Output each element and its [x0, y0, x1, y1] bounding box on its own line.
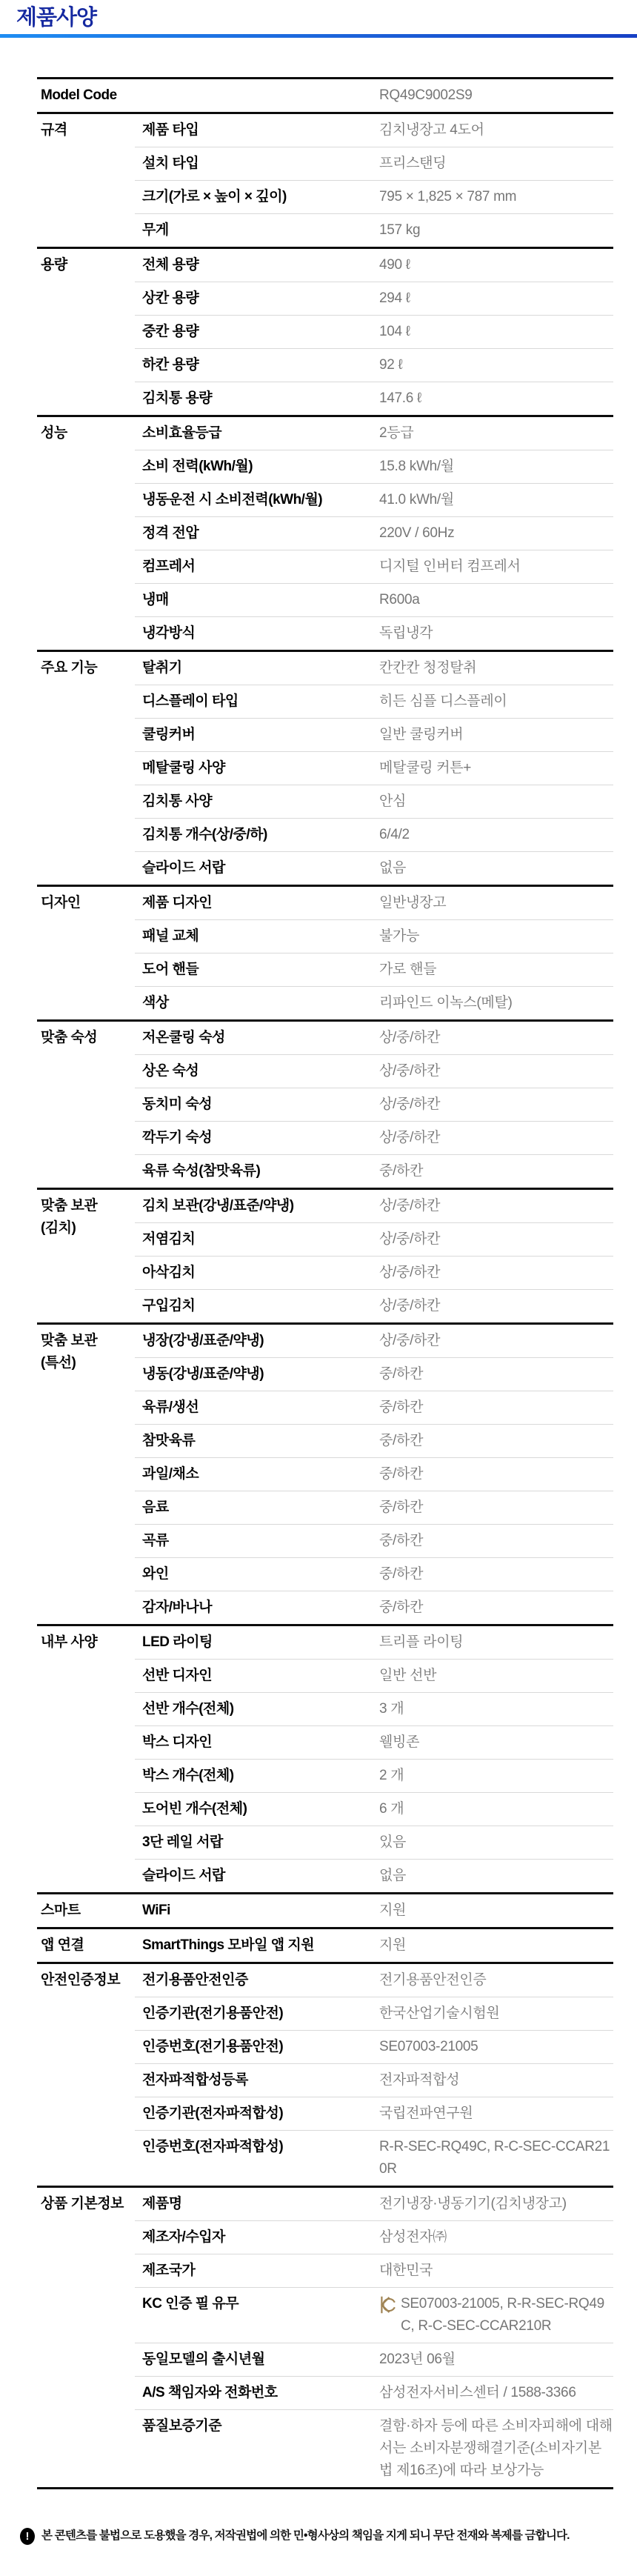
spec-value: SE07003-21005 [379, 2036, 613, 2058]
spec-value: 3 개 [379, 1698, 613, 1720]
spec-value: 국립전파연구원 [379, 2103, 613, 2125]
spec-row: 구입김치상/중/하칸 [135, 1289, 613, 1322]
spec-section: 규격제품 타입김치냉장고 4도어설치 타입프리스탠딩크기(가로 × 높이 × 깊… [37, 112, 613, 247]
section-rows: 냉장(강냉/표준/약냉)상/중/하칸냉동(강냉/표준/약냉)중/하칸육류/생선중… [135, 1325, 613, 1624]
spec-value: 147.6 ℓ [379, 387, 613, 410]
copyright-footnote-text: 본 콘텐츠를 불법으로 도용했을 경우, 저작권법에 의한 민•형사상의 책임을… [41, 2529, 570, 2543]
spec-value: 김치냉장고 4도어 [379, 119, 613, 142]
spec-row: 깍두기 숙성상/중/하칸 [135, 1121, 613, 1154]
spec-attribute-label: 도어 핸들 [135, 959, 379, 981]
spec-value: 지원 [379, 1934, 613, 1957]
spec-attribute-label: 전기용품안전인증 [135, 1969, 379, 1991]
spec-row: 냉장(강냉/표준/약냉)상/중/하칸 [135, 1325, 613, 1357]
spec-attribute-label: 제품 디자인 [135, 892, 379, 914]
spec-attribute-label: 곡류 [135, 1530, 379, 1552]
spec-value: 프리스탠딩 [379, 153, 613, 175]
spec-attribute-label: 중칸 용량 [135, 321, 379, 343]
spec-section: 맞춤 보관 (김치)김치 보관(강냉/표준/약냉)상/중/하칸저염김치상/중/하… [37, 1188, 613, 1322]
spec-value: 지원 [379, 1900, 613, 1922]
spec-section: 디자인제품 디자인일반냉장고패널 교체불가능도어 핸들가로 핸들색상리파인드 이… [37, 885, 613, 1019]
spec-value: 41.0 kWh/월 [379, 489, 613, 511]
spec-row: 탈취기칸칸칸 청정탈취 [135, 652, 613, 685]
spec-value: 없음 [379, 1865, 613, 1887]
spec-value: 795 × 1,825 × 787 mm [379, 186, 613, 208]
spec-row: 3단 레일 서랍있음 [135, 1826, 613, 1859]
spec-row: 상칸 용량294 ℓ [135, 282, 613, 315]
spec-attribute-label: 크기(가로 × 높이 × 깊이) [135, 186, 379, 208]
spec-value: 중/하칸 [379, 1397, 613, 1419]
spec-row: LED 라이팅트리플 라이팅 [135, 1626, 613, 1659]
spec-row: 슬라이드 서랍없음 [135, 851, 613, 885]
spec-row: 메탈쿨링 사양메탈쿨링 커튼+ [135, 751, 613, 785]
spec-attribute-label: 설치 타입 [135, 153, 379, 175]
spec-attribute-label: 구입김치 [135, 1295, 379, 1317]
kc-certification-icon [379, 2295, 396, 2322]
spec-row: 크기(가로 × 높이 × 깊이)795 × 1,825 × 787 mm [135, 180, 613, 213]
spec-section: 스마트WiFi지원 [37, 1892, 613, 1927]
spec-row: 패널 교체불가능 [135, 919, 613, 953]
spec-row: 김치통 용량147.6 ℓ [135, 382, 613, 415]
spec-row: 냉동운전 시 소비전력(kWh/월)41.0 kWh/월 [135, 483, 613, 516]
accent-divider [0, 34, 637, 38]
section-category-label: 맞춤 보관 (특선) [37, 1325, 135, 1624]
spec-row: 제품명전기냉장·냉동기기(김치냉장고) [135, 2188, 613, 2220]
spec-value: 전기냉장·냉동기기(김치냉장고) [379, 2193, 613, 2215]
spec-attribute-label: 컴프레서 [135, 556, 379, 578]
spec-attribute-label: 인증기관(전자파적합성) [135, 2103, 379, 2125]
spec-value: 트리플 라이팅 [379, 1631, 613, 1654]
spec-value: 중/하칸 [379, 1430, 613, 1452]
spec-row: 제품 타입김치냉장고 4도어 [135, 114, 613, 147]
spec-value: R-R-SEC-RQ49C, R-C-SEC-CCAR210R [379, 2136, 613, 2180]
spec-value: 전기용품안전인증 [379, 1969, 613, 1991]
section-rows: 김치 보관(강냉/표준/약냉)상/중/하칸저염김치상/중/하칸아삭김치상/중/하… [135, 1190, 613, 1322]
spec-attribute-label: 박스 디자인 [135, 1731, 379, 1754]
section-category-label: 안전인증정보 [37, 1964, 135, 2186]
spec-attribute-label: A/S 책임자와 전화번호 [135, 2382, 379, 2404]
section-rows: RQ49C9002S9 [135, 79, 613, 112]
spec-value: 상/중/하칸 [379, 1330, 613, 1352]
section-rows: 전기용품안전인증전기용품안전인증인증기관(전기용품안전)한국산업기술시험원인증번… [135, 1964, 613, 2186]
spec-value: 상/중/하칸 [379, 1027, 613, 1049]
spec-value: R600a [379, 589, 613, 611]
spec-row: 인증번호(전자파적합성)R-R-SEC-RQ49C, R-C-SEC-CCAR2… [135, 2130, 613, 2186]
section-rows: WiFi지원 [135, 1894, 613, 1927]
spec-value: 2023년 06월 [379, 2349, 613, 2371]
spec-attribute-label: 3단 레일 서랍 [135, 1831, 379, 1854]
spec-attribute-label: 품질보증기준 [135, 2415, 379, 2482]
spec-value: 없음 [379, 857, 613, 879]
spec-attribute-label: 소비효율등급 [135, 422, 379, 445]
section-rows: 제품명전기냉장·냉동기기(김치냉장고)제조자/수입자삼성전자㈜제조국가대한민국K… [135, 2188, 613, 2487]
spec-value: 일반냉장고 [379, 892, 613, 914]
spec-attribute-label: 도어빈 개수(전체) [135, 1798, 379, 1820]
spec-value: 상/중/하칸 [379, 1295, 613, 1317]
spec-attribute-label: 제조국가 [135, 2260, 379, 2282]
spec-row: 소비효율등급2등급 [135, 417, 613, 450]
spec-row: 전체 용량490 ℓ [135, 249, 613, 282]
spec-value: 157 kg [379, 219, 613, 242]
spec-row: KC 인증 필 유무SE07003-21005, R-R-SEC-RQ49C, … [135, 2287, 613, 2343]
spec-value: 490 ℓ [379, 254, 613, 276]
spec-row: 박스 개수(전체)2 개 [135, 1759, 613, 1792]
spec-attribute-label: 동치미 숙성 [135, 1094, 379, 1116]
section-category-label: 맞춤 숙성 [37, 1022, 135, 1188]
spec-attribute-label: 상칸 용량 [135, 287, 379, 310]
spec-value: 메탈쿨링 커튼+ [379, 757, 613, 779]
spec-row: 저온쿨링 숙성상/중/하칸 [135, 1022, 613, 1054]
spec-attribute-label: 전체 용량 [135, 254, 379, 276]
spec-row: 냉각방식독립냉각 [135, 616, 613, 650]
spec-row: 무게157 kg [135, 213, 613, 247]
spec-attribute-label: SmartThings 모바일 앱 지원 [135, 1934, 379, 1957]
spec-row: 중칸 용량104 ℓ [135, 315, 613, 348]
spec-attribute-label: 제조자/수입자 [135, 2226, 379, 2249]
spec-row: 디스플레이 타입히든 심플 디스플레이 [135, 685, 613, 718]
spec-value: 중/하칸 [379, 1497, 613, 1519]
spec-attribute-label: 패널 교체 [135, 925, 379, 948]
spec-section: 상품 기본정보제품명전기냉장·냉동기기(김치냉장고)제조자/수입자삼성전자㈜제조… [37, 2186, 613, 2487]
spec-row: WiFi지원 [135, 1894, 613, 1927]
spec-row: 동일모델의 출시년월2023년 06월 [135, 2343, 613, 2376]
page-title: 제품사양 [16, 6, 637, 30]
spec-attribute-label: 박스 개수(전체) [135, 1765, 379, 1787]
spec-attribute-label: 탈취기 [135, 657, 379, 679]
spec-value: 220V / 60Hz [379, 522, 613, 545]
spec-value: 6 개 [379, 1798, 613, 1820]
spec-attribute-label: 냉각방식 [135, 622, 379, 645]
spec-row: 컴프레서디지털 인버터 컴프레서 [135, 550, 613, 583]
spec-value: 가로 핸들 [379, 959, 613, 981]
spec-attribute-label: 육류 숙성(참맛육류) [135, 1160, 379, 1182]
section-category-label: 규격 [37, 114, 135, 247]
spec-value: 대한민국 [379, 2260, 613, 2282]
spec-attribute-label: 저온쿨링 숙성 [135, 1027, 379, 1049]
spec-attribute-label: 냉장(강냉/표준/약냉) [135, 1330, 379, 1352]
spec-section: 성능소비효율등급2등급소비 전력(kWh/월)15.8 kWh/월냉동운전 시 … [37, 415, 613, 650]
spec-row: 동치미 숙성상/중/하칸 [135, 1088, 613, 1121]
spec-value: 중/하칸 [379, 1463, 613, 1485]
spec-attribute-label [135, 84, 379, 107]
spec-row: 박스 디자인웰빙존 [135, 1725, 613, 1759]
spec-value: 삼성전자㈜ [379, 2226, 613, 2249]
spec-row: 냉동(강냉/표준/약냉)중/하칸 [135, 1357, 613, 1391]
spec-value: 15.8 kWh/월 [379, 456, 613, 478]
spec-value: 6/4/2 [379, 824, 613, 846]
section-category-label: Model Code [37, 79, 135, 112]
spec-row: 소비 전력(kWh/월)15.8 kWh/월 [135, 450, 613, 483]
section-category-label: 맞춤 보관 (김치) [37, 1190, 135, 1322]
spec-attribute-label: 김치통 개수(상/중/하) [135, 824, 379, 846]
spec-row: 감자/바나나중/하칸 [135, 1591, 613, 1624]
spec-attribute-label: 냉동운전 시 소비전력(kWh/월) [135, 489, 379, 511]
spec-value: 리파인드 이녹스(메탈) [379, 992, 613, 1014]
spec-value: 결함·하자 등에 따른 소비자피해에 대해서는 소비자분쟁해결기준(소비자기본법… [379, 2415, 613, 2482]
spec-value: 상/중/하칸 [379, 1195, 613, 1217]
spec-section: 앱 연결SmartThings 모바일 앱 지원지원 [37, 1927, 613, 1962]
spec-row: 인증번호(전기용품안전)SE07003-21005 [135, 2030, 613, 2063]
spec-attribute-label: 소비 전력(kWh/월) [135, 456, 379, 478]
spec-attribute-label: 제품명 [135, 2193, 379, 2215]
spec-value: 상/중/하칸 [379, 1262, 613, 1284]
spec-value: 92 ℓ [379, 354, 613, 376]
spec-value: 일반 쿨링커버 [379, 724, 613, 746]
spec-attribute-label: 인증번호(전기용품안전) [135, 2036, 379, 2058]
spec-row: 상온 숙성상/중/하칸 [135, 1054, 613, 1088]
spec-row: 와인중/하칸 [135, 1557, 613, 1591]
spec-attribute-label: 하칸 용량 [135, 354, 379, 376]
spec-value: 2 개 [379, 1765, 613, 1787]
spec-row: 제조자/수입자삼성전자㈜ [135, 2220, 613, 2254]
spec-attribute-label: 와인 [135, 1563, 379, 1585]
spec-value: 웰빙존 [379, 1731, 613, 1754]
spec-attribute-label: 깍두기 숙성 [135, 1127, 379, 1149]
spec-row: 음료중/하칸 [135, 1491, 613, 1524]
spec-value: SE07003-21005, R-R-SEC-RQ49C, R-C-SEC-CC… [379, 2293, 613, 2337]
section-category-label: 성능 [37, 417, 135, 650]
spec-value: 294 ℓ [379, 287, 613, 310]
spec-attribute-label: 아삭김치 [135, 1262, 379, 1284]
spec-row: 과일/채소중/하칸 [135, 1457, 613, 1491]
section-category-label: 용량 [37, 249, 135, 415]
spec-attribute-label: 무게 [135, 219, 379, 242]
spec-attribute-label: 동일모델의 출시년월 [135, 2349, 379, 2371]
spec-row: 참맛육류중/하칸 [135, 1424, 613, 1457]
spec-section: 내부 사양LED 라이팅트리플 라이팅선반 디자인일반 선반선반 개수(전체)3… [37, 1624, 613, 1892]
spec-value-text: SE07003-21005, R-R-SEC-RQ49C, R-C-SEC-CC… [401, 2293, 613, 2337]
copyright-footnote: ! 본 콘텐츠를 불법으로 도용했을 경우, 저작권법에 의한 민•형사상의 책… [20, 2528, 616, 2545]
spec-attribute-label: 색상 [135, 992, 379, 1014]
spec-section: 맞춤 숙성저온쿨링 숙성상/중/하칸상온 숙성상/중/하칸동치미 숙성상/중/하… [37, 1019, 613, 1188]
spec-value: RQ49C9002S9 [379, 84, 613, 107]
spec-attribute-label: 제품 타입 [135, 119, 379, 142]
spec-value: 전자파적합성 [379, 2069, 613, 2091]
spec-row: 도어빈 개수(전체)6 개 [135, 1792, 613, 1826]
spec-attribute-label: 과일/채소 [135, 1463, 379, 1485]
section-rows: 전체 용량490 ℓ상칸 용량294 ℓ중칸 용량104 ℓ하칸 용량92 ℓ김… [135, 249, 613, 415]
spec-value: 히든 심플 디스플레이 [379, 690, 613, 713]
spec-attribute-label: 김치 보관(강냉/표준/약냉) [135, 1195, 379, 1217]
spec-attribute-label: 선반 개수(전체) [135, 1698, 379, 1720]
spec-row: 김치통 사양안심 [135, 785, 613, 818]
product-spec-page: 제품사양 Model CodeRQ49C9002S9규격제품 타입김치냉장고 4… [0, 0, 637, 2576]
spec-attribute-label: 슬라이드 서랍 [135, 1865, 379, 1887]
spec-value: 상/중/하칸 [379, 1060, 613, 1082]
spec-row: 전자파적합성등록전자파적합성 [135, 2063, 613, 2097]
spec-value: 중/하칸 [379, 1530, 613, 1552]
spec-attribute-label: 쿨링커버 [135, 724, 379, 746]
spec-row: 슬라이드 서랍없음 [135, 1859, 613, 1892]
section-category-label: 디자인 [37, 887, 135, 1019]
spec-attribute-label: 메탈쿨링 사양 [135, 757, 379, 779]
exclamation-icon: ! [20, 2528, 35, 2545]
spec-table: Model CodeRQ49C9002S9규격제품 타입김치냉장고 4도어설치 … [37, 77, 613, 2489]
spec-attribute-label: 냉매 [135, 589, 379, 611]
spec-value: 104 ℓ [379, 321, 613, 343]
spec-row: 정격 전압220V / 60Hz [135, 516, 613, 550]
spec-section: 맞춤 보관 (특선)냉장(강냉/표준/약냉)상/중/하칸냉동(강냉/표준/약냉)… [37, 1322, 613, 1624]
section-rows: SmartThings 모바일 앱 지원지원 [135, 1929, 613, 1962]
spec-row: RQ49C9002S9 [135, 79, 613, 112]
section-category-label: 상품 기본정보 [37, 2188, 135, 2487]
spec-row: 제조국가대한민국 [135, 2254, 613, 2287]
spec-row: 쿨링커버일반 쿨링커버 [135, 718, 613, 751]
spec-row: SmartThings 모바일 앱 지원지원 [135, 1929, 613, 1962]
spec-row: 도어 핸들가로 핸들 [135, 953, 613, 986]
spec-attribute-label: WiFi [135, 1900, 379, 1922]
section-category-label: 내부 사양 [37, 1626, 135, 1892]
spec-row: 선반 디자인일반 선반 [135, 1659, 613, 1692]
spec-value: 중/하칸 [379, 1160, 613, 1182]
spec-row: 하칸 용량92 ℓ [135, 348, 613, 382]
spec-attribute-label: 슬라이드 서랍 [135, 857, 379, 879]
spec-value: 삼성전자서비스센터 / 1588-3366 [379, 2382, 613, 2404]
section-rows: 제품 디자인일반냉장고패널 교체불가능도어 핸들가로 핸들색상리파인드 이녹스(… [135, 887, 613, 1019]
spec-row: 색상리파인드 이녹스(메탈) [135, 986, 613, 1019]
section-category-label: 스마트 [37, 1894, 135, 1927]
spec-attribute-label: 냉동(강냉/표준/약냉) [135, 1363, 379, 1385]
spec-row: 인증기관(전기용품안전)한국산업기술시험원 [135, 1997, 613, 2030]
section-rows: 제품 타입김치냉장고 4도어설치 타입프리스탠딩크기(가로 × 높이 × 깊이)… [135, 114, 613, 247]
spec-section: 용량전체 용량490 ℓ상칸 용량294 ℓ중칸 용량104 ℓ하칸 용량92 … [37, 247, 613, 415]
spec-attribute-label: 인증번호(전자파적합성) [135, 2136, 379, 2180]
spec-attribute-label: 상온 숙성 [135, 1060, 379, 1082]
section-category-label: 주요 기능 [37, 652, 135, 885]
spec-value: 일반 선반 [379, 1665, 613, 1687]
section-rows: 탈취기칸칸칸 청정탈취디스플레이 타입히든 심플 디스플레이쿨링커버일반 쿨링커… [135, 652, 613, 885]
spec-value: 한국산업기술시험원 [379, 2003, 613, 2025]
spec-attribute-label: 김치통 용량 [135, 387, 379, 410]
spec-value: 상/중/하칸 [379, 1127, 613, 1149]
spec-row: 곡류중/하칸 [135, 1524, 613, 1557]
spec-row: A/S 책임자와 전화번호삼성전자서비스센터 / 1588-3366 [135, 2376, 613, 2409]
spec-row: 전기용품안전인증전기용품안전인증 [135, 1964, 613, 1997]
spec-row: 설치 타입프리스탠딩 [135, 147, 613, 180]
spec-attribute-label: 디스플레이 타입 [135, 690, 379, 713]
spec-attribute-label: 정격 전압 [135, 522, 379, 545]
section-rows: LED 라이팅트리플 라이팅선반 디자인일반 선반선반 개수(전체)3 개박스 … [135, 1626, 613, 1892]
page-header: 제품사양 [0, 0, 637, 38]
spec-section: 주요 기능탈취기칸칸칸 청정탈취디스플레이 타입히든 심플 디스플레이쿨링커버일… [37, 650, 613, 885]
spec-attribute-label: LED 라이팅 [135, 1631, 379, 1654]
spec-value: 칸칸칸 청정탈취 [379, 657, 613, 679]
spec-attribute-label: 김치통 사양 [135, 791, 379, 813]
spec-row: 아삭김치상/중/하칸 [135, 1256, 613, 1289]
spec-row: 김치 보관(강냉/표준/약냉)상/중/하칸 [135, 1190, 613, 1222]
spec-value: 2등급 [379, 422, 613, 445]
spec-row: 제품 디자인일반냉장고 [135, 887, 613, 919]
spec-attribute-label: KC 인증 필 유무 [135, 2293, 379, 2337]
spec-row: 김치통 개수(상/중/하)6/4/2 [135, 818, 613, 851]
spec-row: 육류/생선중/하칸 [135, 1391, 613, 1424]
spec-row: 선반 개수(전체)3 개 [135, 1692, 613, 1725]
spec-value: 상/중/하칸 [379, 1228, 613, 1251]
spec-value: 디지털 인버터 컴프레서 [379, 556, 613, 578]
spec-value: 중/하칸 [379, 1563, 613, 1585]
spec-attribute-label: 참맛육류 [135, 1430, 379, 1452]
spec-value: 상/중/하칸 [379, 1094, 613, 1116]
spec-row: 저염김치상/중/하칸 [135, 1222, 613, 1256]
section-rows: 소비효율등급2등급소비 전력(kWh/월)15.8 kWh/월냉동운전 시 소비… [135, 417, 613, 650]
spec-value: 안심 [379, 791, 613, 813]
spec-value: 중/하칸 [379, 1363, 613, 1385]
spec-value: 독립냉각 [379, 622, 613, 645]
spec-attribute-label: 선반 디자인 [135, 1665, 379, 1687]
section-rows: 저온쿨링 숙성상/중/하칸상온 숙성상/중/하칸동치미 숙성상/중/하칸깍두기 … [135, 1022, 613, 1188]
section-category-label: 앱 연결 [37, 1929, 135, 1962]
spec-attribute-label: 음료 [135, 1497, 379, 1519]
spec-row: 냉매R600a [135, 583, 613, 616]
spec-row: 품질보증기준결함·하자 등에 따른 소비자피해에 대해서는 소비자분쟁해결기준(… [135, 2409, 613, 2487]
spec-section: Model CodeRQ49C9002S9 [37, 77, 613, 112]
spec-attribute-label: 인증기관(전기용품안전) [135, 2003, 379, 2025]
spec-section: 안전인증정보전기용품안전인증전기용품안전인증인증기관(전기용품안전)한국산업기술… [37, 1962, 613, 2186]
spec-attribute-label: 육류/생선 [135, 1397, 379, 1419]
spec-value: 중/하칸 [379, 1597, 613, 1619]
spec-value: 불가능 [379, 925, 613, 948]
spec-value: 있음 [379, 1831, 613, 1854]
spec-attribute-label: 감자/바나나 [135, 1597, 379, 1619]
spec-row: 육류 숙성(참맛육류)중/하칸 [135, 1154, 613, 1188]
spec-attribute-label: 전자파적합성등록 [135, 2069, 379, 2091]
spec-row: 인증기관(전자파적합성)국립전파연구원 [135, 2097, 613, 2130]
spec-attribute-label: 저염김치 [135, 1228, 379, 1251]
